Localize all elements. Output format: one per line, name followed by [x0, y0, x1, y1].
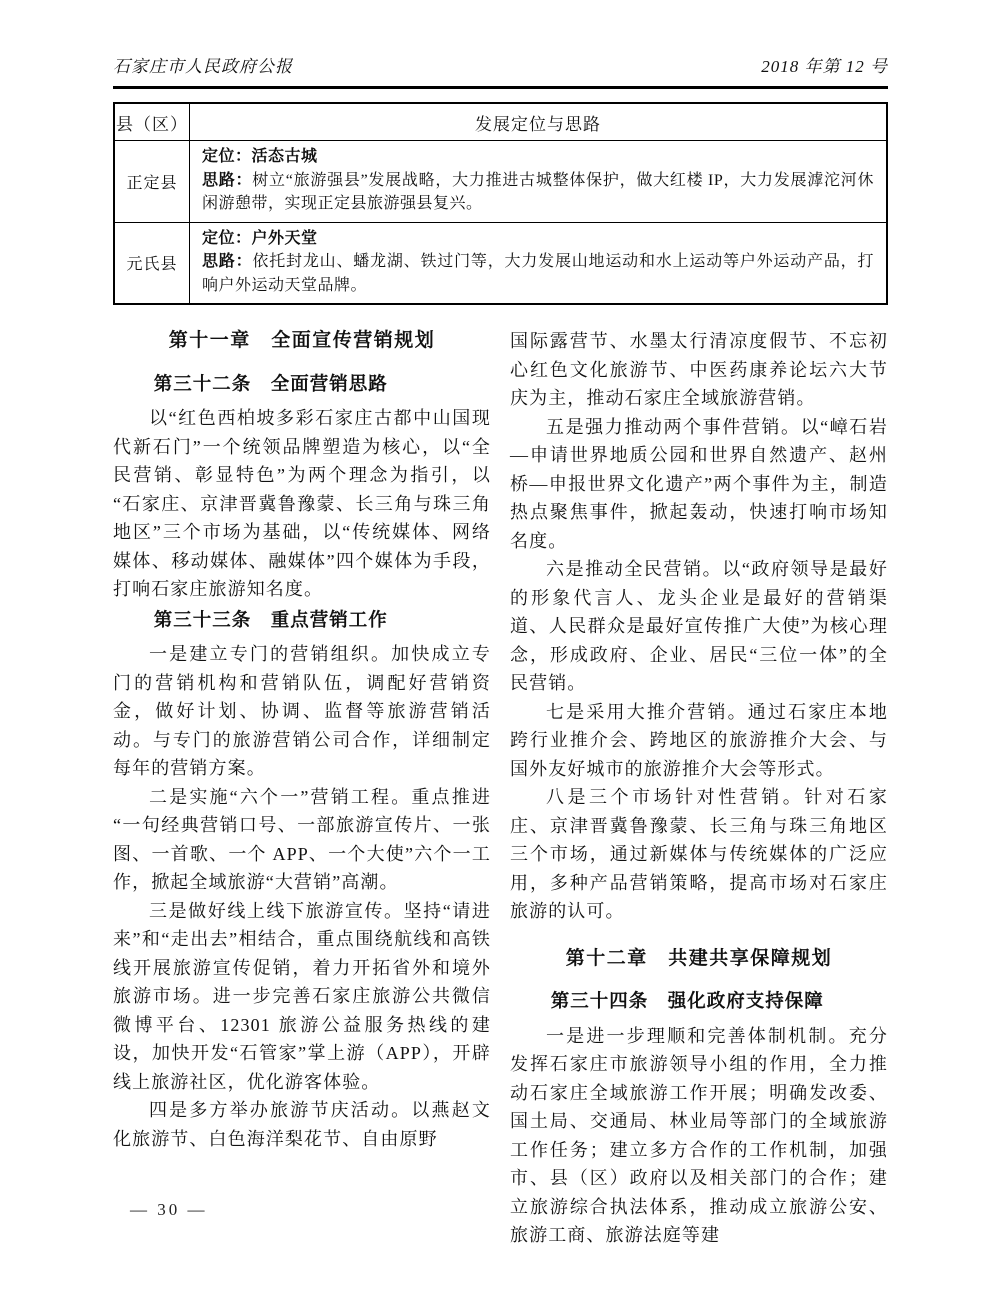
paragraph-marketing-framework: 以“红色西柏坡多彩石家庄古都中山国现代新石门”一个统领品牌塑造为核心，以“全民营…: [113, 404, 491, 604]
article-33-heading: 第三十三条 重点营销工作: [113, 606, 491, 635]
table-row: 元氏县 定位：户外天堂 思路：依托封龙山、蟠龙湖、铁过门等，大力发展山地运动和水…: [114, 222, 887, 304]
chapter-12-heading: 第十二章 共建共享保障规划: [510, 945, 888, 974]
approach-line: 思路：树立“旅游强县”发展战略，大力推进古城整体保护，做大红楼 IP，大力发展滹…: [202, 169, 874, 216]
article-34-heading: 第三十四条 强化政府支持保障: [510, 987, 888, 1016]
two-column-body: 第十一章 全面宣传营销规划 第三十二条 全面营销思路 以“红色西柏坡多彩石家庄古…: [113, 327, 888, 1250]
positioning-column-header: 发展定位与思路: [190, 103, 888, 141]
county-detail: 定位：户外天堂 思路：依托封龙山、蟠龙湖、铁过门等，大力发展山地运动和水上运动等…: [190, 222, 888, 304]
paragraph-item-1: 一是建立专门的营销组织。加快成立专门的营销机构和营销队伍，调配好营销资金，做好计…: [113, 640, 491, 783]
article-32-heading: 第三十二条 全面营销思路: [113, 370, 491, 399]
county-name: 元氏县: [114, 222, 190, 304]
county-name: 正定县: [114, 141, 190, 223]
paragraph-item-7: 七是采用大推介营销。通过石家庄本地跨行业推介会、跨地区的旅游推介大会、与国外友好…: [510, 698, 888, 784]
paragraph-item-4-start: 四是多方举办旅游节庆活动。以燕赵文化旅游节、白色海洋梨花节、自由原野: [113, 1096, 491, 1153]
chapter-11-heading: 第十一章 全面宣传营销规划: [113, 327, 491, 356]
publication-title: 石家庄市人民政府公报: [113, 52, 293, 77]
position-value: 活态古城: [252, 148, 318, 165]
position-line: 定位：户外天堂: [202, 227, 874, 251]
paragraph-item-8: 八是三个市场针对性营销。针对石家庄、京津晋冀鲁豫蒙、长三角与珠三角地区三个市场，…: [510, 783, 888, 926]
gazette-page: 石家庄市人民政府公报 2018 年第 12 号 县（区） 发展定位与思路 正定县…: [0, 0, 1000, 1294]
approach-label: 思路：: [202, 172, 252, 189]
approach-label: 思路：: [202, 253, 252, 270]
approach-line: 思路：依托封龙山、蟠龙湖、铁过门等，大力发展山地运动和水上运动等户外运动产品，打…: [202, 250, 874, 297]
paragraph-item-2: 二是实施“六个一”营销工程。重点推进“一句经典营销口号、一部旅游宣传片、一张图、…: [113, 783, 491, 897]
paragraph-item-6: 六是推动全民营销。以“政府领导是最好的形象代言人、龙头企业是最好的营销渠道、人民…: [510, 555, 888, 698]
table-row: 正定县 定位：活态古城 思路：树立“旅游强县”发展战略，大力推进古城整体保护，做…: [114, 141, 887, 223]
issue-number: 2018 年第 12 号: [761, 52, 888, 77]
paragraph-item-3: 三是做好线上线下旅游宣传。坚持“请进来”和“走出去”相结合，重点围绕航线和高铁线…: [113, 897, 491, 1097]
header-rule: [113, 86, 888, 89]
county-column-header: 县（区）: [114, 103, 190, 141]
running-head: 石家庄市人民政府公报 2018 年第 12 号: [113, 52, 888, 77]
position-value: 户外天堂: [252, 230, 318, 247]
position-label: 定位：: [202, 148, 252, 165]
left-column: 第十一章 全面宣传营销规划 第三十二条 全面营销思路 以“红色西柏坡多彩石家庄古…: [113, 327, 491, 1250]
right-column: 国际露营节、水墨太行清凉度假节、不忘初心红色文化旅游节、中医药康养论坛六大节庆为…: [510, 327, 888, 1250]
position-line: 定位：活态古城: [202, 145, 874, 169]
position-label: 定位：: [202, 230, 252, 247]
paragraph-item-4-continued: 国际露营节、水墨太行清凉度假节、不忘初心红色文化旅游节、中医药康养论坛六大节庆为…: [510, 327, 888, 413]
approach-value: 树立“旅游强县”发展战略，大力推进古城整体保护，做大红楼 IP，大力发展滹沱河休…: [202, 172, 874, 213]
county-positioning-table: 县（区） 发展定位与思路 正定县 定位：活态古城 思路：树立“旅游强县”发展战略…: [113, 102, 888, 305]
county-detail: 定位：活态古城 思路：树立“旅游强县”发展战略，大力推进古城整体保护，做大红楼 …: [190, 141, 888, 223]
page-number: — 30 —: [130, 1200, 208, 1220]
paragraph-item-1-ch12: 一是进一步理顺和完善体制机制。充分发挥石家庄市旅游领导小组的作用，全力推动石家庄…: [510, 1022, 888, 1250]
approach-value: 依托封龙山、蟠龙湖、铁过门等，大力发展山地运动和水上运动等户外运动产品，打响户外…: [202, 253, 874, 294]
paragraph-item-5: 五是强力推动两个事件营销。以“嶂石岩—申请世界地质公园和世界自然遗产、赵州桥—申…: [510, 413, 888, 556]
table-header-row: 县（区） 发展定位与思路: [114, 103, 887, 141]
